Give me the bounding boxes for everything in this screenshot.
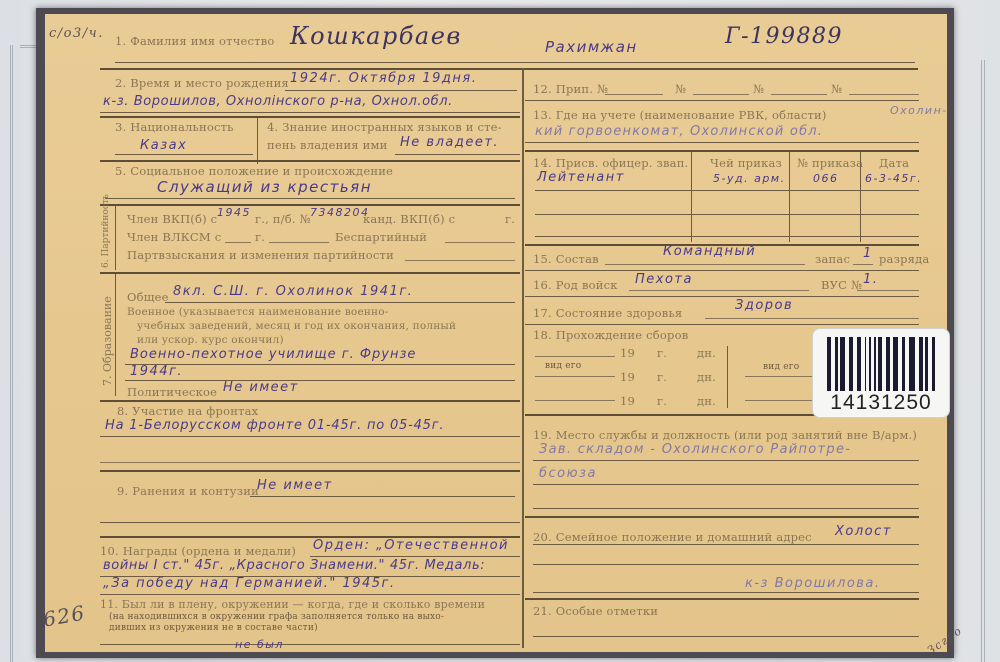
rule bbox=[525, 270, 919, 271]
nationality-value: Казах bbox=[140, 138, 187, 153]
military-education-label-3: или ускор. курс окончил) bbox=[137, 334, 284, 346]
social-origin-value: Служащий из крестьян bbox=[157, 178, 372, 196]
surname-value: Кошкарбаев bbox=[290, 22, 462, 50]
general-education-value: 8кл. С.Ш. г. Охолинок 1941г. bbox=[173, 284, 413, 299]
captivity-value: не был bbox=[235, 638, 284, 651]
rule bbox=[535, 236, 919, 237]
candidate-label: канд. ВКП(б) с bbox=[363, 212, 455, 226]
awards-value-2: войны I ст." 45г. „Красного Знамени." 45… bbox=[103, 558, 485, 573]
field15-label: 15. Состав bbox=[533, 252, 599, 266]
rule bbox=[533, 508, 919, 509]
party-member-year: 1945 bbox=[217, 206, 251, 219]
blank bbox=[605, 264, 805, 265]
blank bbox=[605, 94, 663, 95]
home-address-value: к-з Ворошилова. bbox=[745, 576, 881, 591]
reserve-label: запас bbox=[815, 252, 850, 266]
days-label: дн. bbox=[697, 370, 716, 384]
vus-label: ВУС № bbox=[821, 278, 862, 292]
blank bbox=[405, 260, 515, 261]
rule bbox=[533, 544, 919, 545]
rule bbox=[525, 598, 919, 600]
rule bbox=[100, 400, 520, 402]
cell-divider bbox=[691, 152, 692, 242]
rule bbox=[525, 516, 919, 518]
field17-label: 17. Состояние здоровья bbox=[533, 306, 682, 320]
blank bbox=[853, 264, 873, 265]
fronts-value: На 1-Белорусском фронте 01-45г. по 05-45… bbox=[105, 418, 444, 433]
field5-label: 5. Социальное положение и происхождение bbox=[115, 164, 393, 178]
military-education-value: Военно-пехотное училище г. Фрунзе bbox=[130, 347, 416, 362]
rule bbox=[525, 324, 919, 325]
plastic-sleeve-edge bbox=[981, 60, 985, 662]
year-suffix: г. bbox=[657, 394, 667, 408]
rule bbox=[525, 100, 919, 101]
registration-office-value-2: кий горвоенкомат, Охолинской обл. bbox=[535, 124, 823, 139]
military-education-label-1: Военное (указывается наименование военно… bbox=[127, 306, 389, 318]
blank bbox=[535, 356, 615, 357]
rule bbox=[100, 462, 520, 463]
order-by-value: 5-уд. арм. bbox=[713, 172, 786, 185]
non-party-label: Беспартийный bbox=[335, 230, 427, 244]
officer-rank-value: Лейтенант bbox=[537, 170, 625, 185]
field18-label: 18. Прохождение сборов bbox=[533, 328, 688, 342]
blank bbox=[849, 94, 919, 95]
order-number-value: 066 bbox=[813, 172, 839, 185]
awards-value-1: Орден: „Отечественной bbox=[313, 538, 509, 553]
field12-n4: № bbox=[831, 82, 842, 96]
registration-office-value-1: Охолин- bbox=[890, 104, 948, 117]
awards-value-3: „За победу над Германией." 1945г. bbox=[103, 576, 396, 591]
workplace-value-2: бсоюза bbox=[539, 466, 597, 481]
archive-barcode-sticker: 14131250 bbox=[812, 328, 950, 418]
field12-label: 12. Прип. № bbox=[533, 82, 608, 96]
archive-corner-note: с/о3/ч. bbox=[49, 26, 104, 41]
blank bbox=[225, 242, 251, 243]
rule bbox=[535, 190, 919, 191]
rule bbox=[100, 160, 520, 162]
category-suffix: разряда bbox=[879, 252, 929, 266]
party-changes-label: Партвзыскания и изменения партийности bbox=[127, 248, 394, 262]
blank bbox=[857, 290, 919, 291]
rule bbox=[100, 68, 918, 70]
order-by-header: Чей приказ bbox=[710, 156, 782, 170]
order-date-value: 6-3-45г. bbox=[865, 172, 922, 185]
wounds-value: Не имеет bbox=[257, 478, 333, 493]
rule bbox=[100, 116, 520, 118]
field4-label-2: пень владения ими bbox=[267, 138, 388, 152]
rule bbox=[100, 594, 520, 595]
barcode-number: 14131250 bbox=[813, 391, 949, 415]
year-prefix: 19 bbox=[620, 370, 635, 384]
rule bbox=[533, 636, 919, 637]
days-label: дн. bbox=[697, 346, 716, 360]
staff-category-value: Командный bbox=[663, 244, 756, 259]
rule bbox=[125, 364, 515, 365]
rule bbox=[100, 436, 520, 437]
marital-status-value: Холост bbox=[835, 524, 892, 539]
training-kind-label: вид его bbox=[545, 361, 581, 371]
party-card-number: 7348204 bbox=[310, 206, 370, 219]
party-member-label: Член ВКП(б) с bbox=[127, 212, 217, 226]
rule bbox=[115, 62, 915, 63]
rule bbox=[395, 154, 520, 155]
rule bbox=[533, 460, 919, 461]
blank bbox=[629, 290, 809, 291]
rule bbox=[525, 142, 919, 143]
field16-label: 16. Род войск bbox=[533, 278, 618, 292]
field21-label: 21. Особые отметки bbox=[533, 604, 658, 618]
rule bbox=[533, 484, 919, 485]
rule bbox=[125, 380, 515, 381]
rule bbox=[535, 214, 919, 215]
barcode-bars bbox=[827, 337, 939, 391]
birth-place-value: к-з. Ворошилов, Охнолiнского р-на, Охнол… bbox=[103, 94, 453, 109]
cell-divider bbox=[727, 346, 728, 408]
field10-label: 10. Награды (ордена и медали) bbox=[100, 544, 296, 558]
military-education-label-2: учебных заведений, месяц и год их оконча… bbox=[137, 320, 456, 332]
rule bbox=[250, 496, 515, 497]
field12-n3: № bbox=[753, 82, 764, 96]
rule bbox=[525, 296, 919, 297]
field19-label: 19. Место службы и должность (или род за… bbox=[533, 428, 917, 442]
year-prefix: 19 bbox=[620, 394, 635, 408]
rule bbox=[533, 592, 919, 593]
field12-n2: № bbox=[675, 82, 686, 96]
field3-label: 3. Национальность bbox=[115, 120, 234, 134]
rule bbox=[100, 112, 520, 113]
political-education-value: Не имеет bbox=[223, 380, 299, 395]
archive-page-number: 626 bbox=[41, 600, 87, 631]
rule bbox=[285, 90, 517, 91]
cell-divider bbox=[860, 152, 861, 242]
field14-label: 14. Присв. офицер. звап. bbox=[533, 156, 688, 170]
rule bbox=[100, 272, 520, 274]
days-label: дн. bbox=[697, 394, 716, 408]
blank bbox=[269, 242, 329, 243]
rule bbox=[533, 564, 919, 565]
health-value: Здоров bbox=[735, 298, 793, 313]
workplace-value-1: Зав. складом - Охолинского Райпотре- bbox=[539, 442, 851, 457]
general-education-label: Общее bbox=[127, 290, 169, 304]
personal-number: Г-199889 bbox=[725, 24, 843, 49]
birth-date-value: 1924г. Октября 19дня. bbox=[290, 71, 477, 86]
section-divider bbox=[115, 206, 116, 270]
komsomol-label: Член ВЛКСМ с bbox=[127, 230, 221, 244]
column-divider bbox=[522, 68, 524, 648]
year-prefix: 19 bbox=[620, 346, 635, 360]
cell-divider bbox=[789, 152, 790, 242]
rule bbox=[310, 556, 520, 557]
field1-label: 1. Фамилия имя отчество bbox=[115, 34, 275, 48]
rule bbox=[100, 470, 520, 472]
plastic-sleeve-edge bbox=[10, 45, 13, 662]
rule bbox=[105, 198, 515, 199]
date-header: Дата bbox=[879, 156, 909, 170]
reserve-category-value: 1 bbox=[863, 246, 873, 261]
branch-value: Пехота bbox=[635, 272, 693, 287]
year-suffix: г. bbox=[657, 346, 667, 360]
year-suffix: г. bbox=[505, 212, 515, 226]
cell-divider bbox=[257, 118, 258, 164]
languages-value: Не владеет. bbox=[400, 135, 499, 150]
given-name-value: Рахимжан bbox=[545, 38, 638, 56]
training-kind-label: вид его bbox=[763, 362, 799, 372]
field9-label: 9. Ранения и контузии bbox=[117, 484, 259, 498]
field2-label: 2. Время и место рождения bbox=[115, 76, 289, 90]
field11-note-2: дивших из окружения не в составе части) bbox=[109, 623, 318, 633]
blank bbox=[535, 376, 615, 377]
section-label-party: 6. Партийность bbox=[101, 210, 111, 268]
rule bbox=[165, 302, 515, 303]
vus-value: 1. bbox=[863, 272, 878, 287]
blank bbox=[445, 242, 515, 243]
political-education-label: Политическое bbox=[127, 385, 217, 399]
year-suffix: г. bbox=[255, 230, 265, 244]
field20-label: 20. Семейное положение и домашний адрес bbox=[533, 530, 812, 544]
blank bbox=[693, 94, 749, 95]
blank bbox=[535, 400, 615, 401]
field11-label: 11. Был ли в плену, окружении — когда, г… bbox=[100, 598, 485, 611]
blank bbox=[771, 94, 827, 95]
rule bbox=[100, 522, 520, 523]
rule bbox=[115, 154, 253, 155]
blank bbox=[705, 318, 919, 319]
field13-label: 13. Где на учете (наименование РВК, обла… bbox=[533, 108, 827, 122]
section-divider bbox=[115, 274, 116, 396]
year-suffix: г. bbox=[657, 370, 667, 384]
order-number-header: № приказа bbox=[797, 156, 863, 170]
field8-label: 8. Участие на фронтах bbox=[117, 404, 258, 418]
section-label-education: 7. Образование bbox=[101, 286, 114, 386]
rule bbox=[100, 644, 520, 645]
field11-note-1: (на находившихся в окружении графа запол… bbox=[109, 612, 444, 622]
field4-label-1: 4. Знание иностранных языков и сте- bbox=[267, 120, 502, 134]
party-card-label: г., п/б. № bbox=[255, 212, 311, 226]
military-education-year: 1944г. bbox=[130, 364, 183, 379]
